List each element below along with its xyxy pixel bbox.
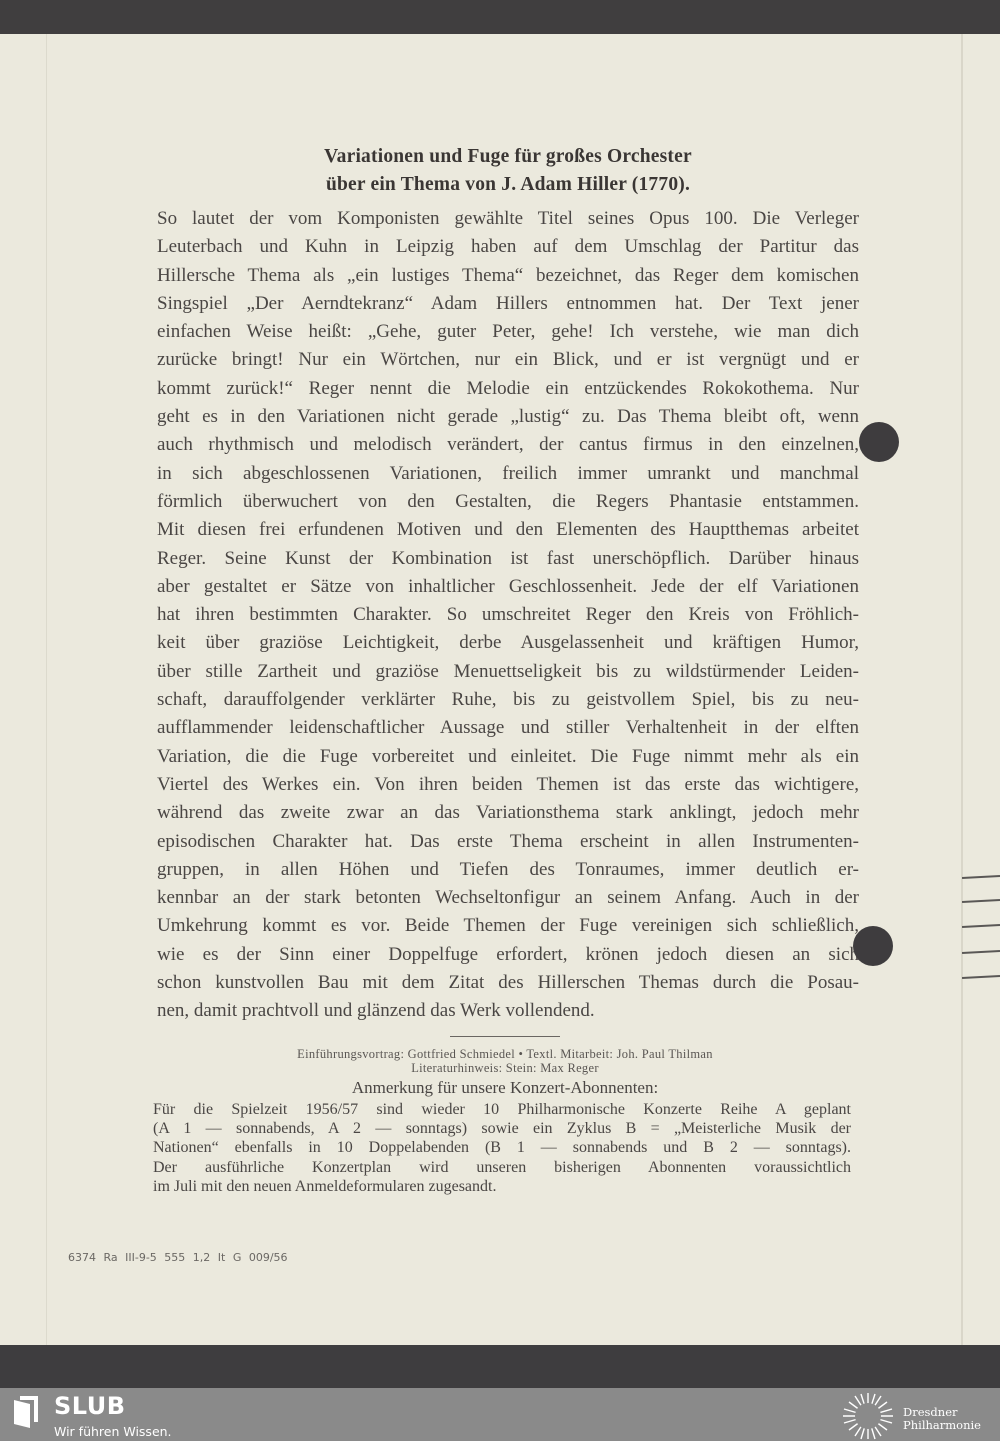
dresdner-philharmonie-brand[interactable]: Dresdner Philharmonie (903, 1406, 981, 1432)
body-line: während das zweite zwar an das Variation… (157, 799, 859, 827)
body-paragraph: So lautet der vom Komponisten gewählte T… (157, 205, 859, 1026)
body-line: Mit diesen frei erfundenen Motiven und d… (157, 516, 859, 544)
slub-book-icon[interactable] (12, 1394, 42, 1428)
document-title-line-2: über ein Thema von J. Adam Hiller (1770)… (0, 174, 1000, 196)
body-line: Reger. Seine Kunst der Kombination ist f… (157, 545, 859, 573)
slub-tagline: Wir führen Wissen. (54, 1424, 172, 1439)
note-heading: Anmerkung für unsere Konzert-Abonnenten: (0, 1078, 1000, 1098)
body-line: aufflammender leidenschaftlicher Aussage… (157, 714, 859, 742)
body-line: episodischen Charakter hat. Das erste Th… (157, 828, 859, 856)
page-crease-right (961, 34, 963, 1345)
dresdner-philharmonie-sunburst-icon[interactable] (842, 1392, 894, 1440)
body-line: geht es in den Variationen nicht gerade … (157, 403, 859, 431)
scan-top-border (0, 0, 1000, 34)
body-line: nen, damit prachtvoll und glänzend das W… (157, 997, 859, 1025)
dp-brand-line-2: Philharmonie (903, 1419, 981, 1432)
body-line: Viertel des Werkes ein. Von ihren beiden… (157, 771, 859, 799)
note-line: Nationen“ ebenfalls in 10 Doppelabenden … (153, 1138, 851, 1157)
body-line: gruppen, in allen Höhen und Tiefen des T… (157, 856, 859, 884)
note-paragraph: Für die Spielzeit 1956/57 sind wieder 10… (153, 1100, 851, 1196)
body-line: auch rhythmisch und melodisch verändert,… (157, 431, 859, 459)
body-line: schaft, darauffolgender verklärter Ruhe,… (157, 686, 859, 714)
body-line: zurücke bringt! Nur ein Wörtchen, nur ei… (157, 346, 859, 374)
body-line: kennbar an der stark betonten Wechselton… (157, 884, 859, 912)
body-line: hat ihren bestimmten Charakter. So umsch… (157, 601, 859, 629)
body-line: keit über graziöse Leichtigkeit, derbe A… (157, 629, 859, 657)
document-title-line-1: Variationen und Fuge für großes Orcheste… (0, 146, 1000, 168)
body-line: förmlich überwuchert von den Gestalten, … (157, 488, 859, 516)
body-line: Umkehrung kommt es vor. Beide Themen der… (157, 912, 859, 940)
body-line: Variation, die die Fuge vorbereitet und … (157, 743, 859, 771)
body-line: Leuterbach und Kuhn in Leipzig haben auf… (157, 233, 859, 261)
body-line: einfachen Weise heißt: „Gehe, guter Pete… (157, 318, 859, 346)
note-line: Für die Spielzeit 1956/57 sind wieder 10… (153, 1100, 851, 1119)
credits-line-1: Einführungsvortrag: Gottfried Schmiedel … (0, 1047, 1000, 1062)
body-line: kommt zurück!“ Reger nennt die Melodie e… (157, 375, 859, 403)
section-divider (450, 1036, 560, 1037)
body-line: über stille Zartheit und graziöse Menuet… (157, 658, 859, 686)
scan-bottom-border (0, 1345, 1000, 1388)
punch-hole-lower (853, 926, 893, 966)
note-line: (A 1 — sonnabends, A 2 — sonntags) sowie… (153, 1119, 851, 1138)
body-line: wie es der Sinn einer Doppelfuge erforde… (157, 941, 859, 969)
body-line: in sich abgeschlossenen Variationen, fre… (157, 460, 859, 488)
body-line: Hillersche Thema als „ein lustiges Thema… (157, 262, 859, 290)
slub-brand[interactable]: SLUB (54, 1392, 126, 1420)
page-crease-left (46, 34, 47, 1345)
note-line: Der ausführliche Konzertplan wird unsere… (153, 1158, 851, 1177)
credits-line-2: Literaturhinweis: Stein: Max Reger (0, 1061, 1000, 1076)
note-line: im Juli mit den neuen Anmeldeformularen … (153, 1177, 851, 1196)
print-code: 6374 Ra III-9-5 555 1,2 It G 009/56 (68, 1251, 288, 1264)
body-line: Singspiel „Der Aerndtekranz“ Adam Hiller… (157, 290, 859, 318)
body-line: schon kunstvollen Bau mit dem Zitat des … (157, 969, 859, 997)
punch-hole-upper (859, 422, 899, 462)
body-line: aber gestaltet er Sätze von inhaltlicher… (157, 573, 859, 601)
body-line: So lautet der vom Komponisten gewählte T… (157, 205, 859, 233)
